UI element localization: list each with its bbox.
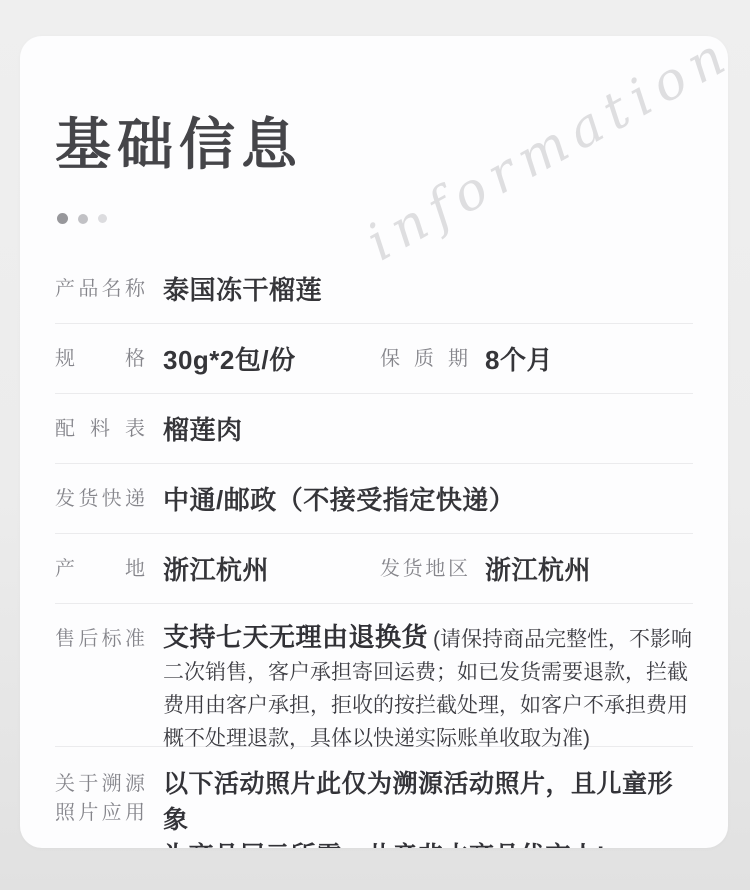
dot-icon (57, 213, 68, 224)
row-value: 30g*2包/份 (163, 340, 296, 377)
trace-photo-notice-text: 以下活动照片此仅为溯源活动照片，且儿童形象 为产品展示所需，儿童非本产品代言人! (163, 766, 693, 848)
row-value: 浙江杭州 (163, 550, 269, 587)
row-label: 产地 (55, 556, 145, 582)
table-row-courier: 发货快递 中通/邮政（不接受指定快递） (55, 464, 693, 534)
row-label: 售后标准 (55, 621, 145, 652)
table-row-aftersale: 售后标准 支持七天无理由退换货(请保持商品完整性，不影响 二次销售，客户承担寄回… (55, 604, 693, 747)
aftersale-policy-lead: 支持七天无理由退换货 (163, 622, 428, 652)
title-underline-dots (57, 213, 693, 224)
table-row-origin-shipping: 产地 浙江杭州 发货地区 浙江杭州 (55, 534, 693, 604)
page-title: 基础信息 (55, 115, 693, 175)
row-value: 中通/邮政（不接受指定快递） (163, 480, 515, 517)
row-second-pair: 发货地区 浙江杭州 (380, 534, 591, 603)
row-label: 发货快递 (55, 486, 145, 512)
table-row-ingredients: 配料表 榴莲肉 (55, 394, 693, 464)
dot-icon (98, 214, 107, 223)
table-row-trace-photo-notice: 关于溯源照片应用 以下活动照片此仅为溯源活动照片，且儿童形象 为产品展示所需，儿… (55, 747, 693, 844)
row-label: 产品名称 (55, 276, 145, 302)
row-label: 保质期 (380, 346, 468, 372)
aftersale-policy-text: 支持七天无理由退换货(请保持商品完整性，不影响 二次销售，客户承担寄回运费；如已… (163, 621, 693, 755)
table-row-spec-shelflife: 规格 30g*2包/份 保质期 8个月 (55, 324, 693, 394)
page: information 基础信息 产品名称 泰国冻干榴莲 规格 30g*2包/份… (0, 0, 750, 890)
product-info-table: 产品名称 泰国冻干榴莲 规格 30g*2包/份 保质期 8个月 配料表 榴莲肉 … (55, 254, 693, 844)
row-label: 关于溯源照片应用 (55, 766, 145, 828)
row-label: 规格 (55, 346, 145, 372)
row-label: 发货地区 (380, 556, 468, 582)
basic-info-card: information 基础信息 产品名称 泰国冻干榴莲 规格 30g*2包/份… (20, 36, 728, 848)
row-value: 8个月 (485, 340, 553, 377)
table-row-product-name: 产品名称 泰国冻干榴莲 (55, 254, 693, 324)
row-value: 泰国冻干榴莲 (163, 270, 322, 307)
row-second-pair: 保质期 8个月 (380, 324, 553, 393)
row-value: 榴莲肉 (163, 410, 243, 447)
row-value: 浙江杭州 (485, 550, 591, 587)
dot-icon (78, 214, 88, 224)
row-label: 配料表 (55, 416, 145, 442)
